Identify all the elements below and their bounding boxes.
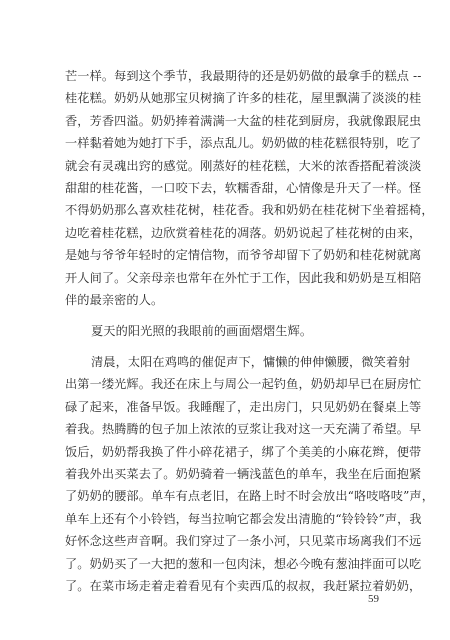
text-line: 甜甜的桂花酱，一口咬下去，软糯香甜，心情像是升天了一样。怪 [65,177,387,199]
text-line: 清晨，太阳在鸡鸣的催促声下，慵懒的伸伸懒腰，微笑着射 [65,351,387,373]
text-line: 好怀念这些声音啊。我们穿过了一条小河，只见菜市场离我们不远 [65,530,387,552]
text-line: 伴的最亲密的人。 [65,289,387,311]
text-line: 边吃着桂花糕，边欣赏着桂花的凋落。奶奶说起了桂花树的由来， [65,222,387,244]
text-line: 了奶奶的腰部。单车有点老旧，在路上时不时会放出“咯吱咯吱”声， [65,485,387,507]
text-line: 着我外出买菜去了。奶奶骑着一辆浅蓝色的单车，我坐在后面抱紧 [65,463,387,485]
text-line: 夏天的阳光照的我眼前的画面熠熠生辉。 [65,320,387,342]
text-line: 香，芳香四溢。奶奶捧着满满一大盆的桂花到厨房，我就像跟屁虫 [65,110,387,132]
page-number: 59 [368,593,379,605]
text-line: 一样黏着她为她打下手，添点乱儿。奶奶做的桂花糕很特别，吃了 [65,132,387,154]
text-line: 不得奶奶那么喜欢桂花树，桂花香。我和奶奶在桂花树下坐着摇椅， [65,199,387,221]
paragraph-osmanthus-cake: 芒一样。每到这个季节，我最期待的还是奶奶做的最拿手的糕点 -- 桂花糕。奶奶从她… [65,65,387,311]
document-page: 芒一样。每到这个季节，我最期待的还是奶奶做的最拿手的糕点 -- 桂花糕。奶奶从她… [0,0,450,640]
text-line: 单车上还有个小铃铛，每当拉响它都会发出清脆的“铃铃铃”声，我 [65,508,387,530]
text-line: 了。在菜市场走着走着看见有个卖西瓜的叔叔，我赶紧拉着奶奶， [65,575,387,597]
text-line: 桂花糕。奶奶从她那宝贝树摘了许多的桂花，屋里飘满了淡淡的桂 [65,87,387,109]
text-line: 就会有灵魂出窍的感觉。刚蒸好的桂花糕，大米的浓香搭配着淡淡 [65,155,387,177]
text-line: 碌了起来，准备早饭。我睡醒了，走出房门，只见奶奶在餐桌上等 [65,396,387,418]
text-line: 开人间了。父亲母亲也常年在外忙于工作，因此我和奶奶是互相陪 [65,267,387,289]
text-line: 芒一样。每到这个季节，我最期待的还是奶奶做的最拿手的糕点 -- [65,65,387,87]
text-line: 饭后，奶奶帮我换了件小碎花裙子，绑了个美美的小麻花辫，便带 [65,441,387,463]
text-line: 出第一缕光辉。我还在床上与周公一起钓鱼，奶奶却早已在厨房忙 [65,373,387,395]
paragraph-morning-market: 清晨，太阳在鸡鸣的催促声下，慵懒的伸伸懒腰，微笑着射 出第一缕光辉。我还在床上与… [65,351,387,597]
text-line: 是她与爷爷年轻时的定情信物，而爷爷却留下了奶奶和桂花树就离 [65,244,387,266]
text-line: 着我。热腾腾的包子加上浓浓的豆浆让我对这一天充满了希望。早 [65,418,387,440]
paragraph-summer-sunlight: 夏天的阳光照的我眼前的画面熠熠生辉。 [65,320,387,342]
text-line: 了。奶奶买了一大把的葱和一包肉沫，想必今晚有葱油拌面可以吃 [65,553,387,575]
